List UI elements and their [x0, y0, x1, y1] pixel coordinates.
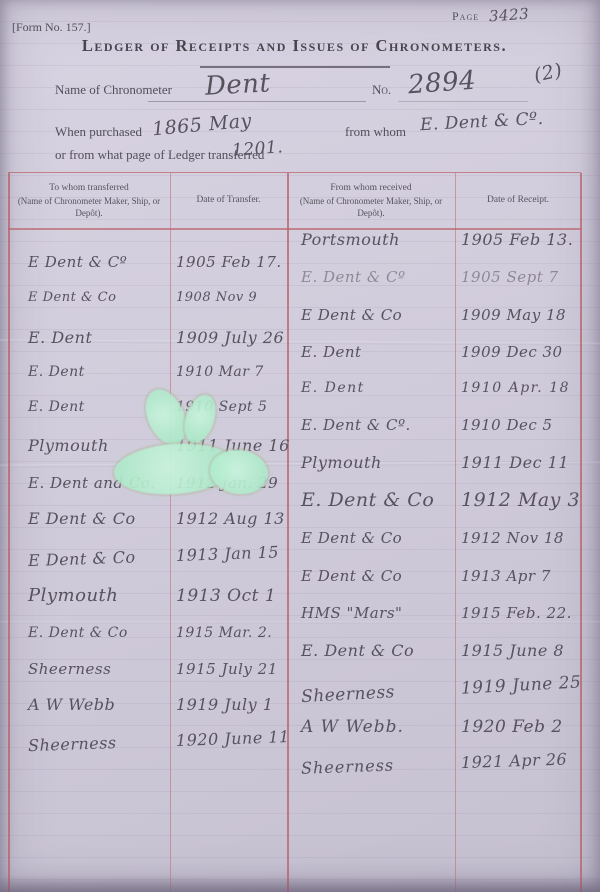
receipt-date: 1920 Feb 2 [455, 717, 587, 737]
receipt-date: 1912 May 3 [455, 489, 587, 511]
table-row: E. Dent1909 Dec 30 [287, 343, 587, 361]
table-row: E. Dent & Cº1905 Sept 7 [287, 268, 587, 286]
field-underline [148, 101, 366, 102]
transfer-date: 1905 Feb 17. [170, 253, 287, 271]
from-whom-value: E. Dent & Cº. [420, 109, 544, 135]
transfer-date: 1919 July 1 [170, 695, 287, 714]
table-row: E. Dent & Co1915 June 8 [287, 641, 587, 660]
header-title: From whom received [293, 182, 449, 195]
table-row: E Dent & Co1913 Apr 7 [287, 567, 587, 585]
when-purchased-label: When purchased [55, 124, 142, 140]
header-subtitle: (Name of Chronometer Maker, Ship, or Dep… [293, 195, 449, 219]
column-divider [170, 173, 171, 892]
when-purchased-value: 1865 May [151, 110, 252, 141]
received-from: Plymouth [287, 453, 455, 472]
form-number: [Form No. 157.] [12, 20, 91, 35]
transfer-date: 1912 Aug 13 [170, 509, 287, 528]
ink-stain [112, 386, 272, 502]
table-row: E Dent & Co1912 Nov 18 [287, 529, 587, 547]
page-number-value: 3423 [489, 5, 530, 26]
receipt-date: 1910 Apr. 18 [455, 380, 587, 396]
transferred-to: E Dent & Co [8, 509, 170, 528]
receipt-date: 1905 Feb 13. [455, 230, 587, 249]
column-divider [8, 173, 10, 892]
table-row: Plymouth1911 Dec 11 [287, 453, 587, 472]
received-from: Sheerness [287, 679, 456, 708]
received-from: Portsmouth [287, 230, 455, 249]
receipt-date: 1915 June 8 [455, 641, 587, 660]
table-row: E Dent & Cº1905 Feb 17. [8, 253, 287, 271]
receipt-date: 1910 Dec 5 [455, 416, 587, 434]
table-row: E. Dent1910 Apr. 18 [287, 380, 587, 396]
sheet-number: (2) [532, 59, 564, 86]
received-from: Sheerness [287, 753, 456, 778]
table-row: Portsmouth1905 Feb 13. [287, 230, 587, 249]
page-title: Ledger of Receipts and Issues of Chronom… [8, 36, 581, 56]
table-header: To whom transferred (Name of Chronometer… [8, 173, 581, 228]
transfer-date: 1915 Mar. 2. [170, 625, 287, 641]
header-to-whom-transferred: To whom transferred (Name of Chronometer… [8, 173, 170, 228]
field-underline [398, 101, 528, 102]
received-from: HMS "Mars" [287, 604, 455, 622]
transfer-date: 1913 Oct 1 [170, 586, 287, 606]
receipt-date: 1909 Dec 30 [455, 343, 587, 361]
table-row: E. Dent1910 Mar 7 [8, 364, 287, 380]
table-row: E Dent & Co1908 Nov 9 [8, 290, 287, 305]
transfer-date: 1908 Nov 9 [170, 290, 287, 305]
transferred-to: E. Dent & Co [8, 625, 170, 641]
transferred-to: E Dent & Co [8, 290, 170, 305]
transfer-date: 1910 Mar 7 [170, 364, 287, 380]
transfer-date: 1915 July 21 [170, 660, 287, 678]
header-title: Date of Transfer. [176, 194, 281, 207]
transferred-to: E. Dent [8, 328, 170, 347]
table-row: E Dent & Co1909 May 18 [287, 306, 587, 324]
header-title: To whom transferred [14, 182, 164, 195]
page-label: Page [452, 9, 479, 23]
header-date-of-transfer: Date of Transfer. [170, 173, 287, 228]
table-row: Plymouth1913 Oct 1 [8, 585, 287, 606]
receipt-date: 1909 May 18 [455, 306, 587, 324]
ledger-transferred-value: 1201. [231, 137, 283, 161]
transferred-to: E Dent & Co [8, 546, 171, 571]
received-from: E. Dent & Co [287, 489, 455, 511]
receipt-date: 1915 Feb. 22. [455, 604, 587, 622]
header-title: Date of Receipt. [461, 194, 575, 207]
transferred-to: Sheerness [8, 660, 170, 678]
received-from: E. Dent & Cº [287, 268, 455, 286]
receipt-date: 1912 Nov 18 [455, 529, 587, 547]
header-date-of-receipt: Date of Receipt. [455, 173, 581, 228]
table-row: E. Dent & Co1915 Mar. 2. [8, 625, 287, 641]
table-row: Sheerness1919 June 25 [287, 672, 588, 708]
number-label: No. [372, 82, 391, 98]
receipt-date: 1921 Apr 26 [455, 749, 588, 773]
transferred-to: Plymouth [8, 585, 170, 606]
transferred-to: E Dent & Cº [8, 253, 170, 271]
table-row: E Dent & Co1913 Jan 15 [8, 542, 287, 571]
from-whom-label: from whom [345, 124, 406, 140]
table-row: Sheerness1915 July 21 [8, 660, 287, 678]
chronometer-ledger-table: To whom transferred (Name of Chronometer… [8, 172, 581, 892]
header-from-whom-received: From whom received (Name of Chronometer … [287, 173, 455, 228]
receipt-date: 1911 Dec 11 [455, 453, 587, 472]
ledger-page: [Form No. 157.] Page 3423 Ledger of Rece… [0, 0, 600, 892]
number-value: 2894 [407, 66, 477, 101]
table-row: Sheerness1921 Apr 26 [287, 749, 587, 778]
table-row: E. Dent & Cº.1910 Dec 5 [287, 416, 587, 434]
received-from: A W Webb. [287, 717, 455, 737]
page-number-field: Page 3423 [452, 6, 529, 24]
received-from: E. Dent [287, 380, 455, 396]
table-row: E. Dent & Co1912 May 3 [287, 489, 587, 511]
received-from: E Dent & Co [287, 529, 455, 547]
name-of-chronometer-label: Name of Chronometer [55, 82, 172, 98]
table-row: E. Dent1909 July 26 [8, 328, 287, 347]
table-row: A W Webb1919 July 1 [8, 695, 287, 714]
received-from: E Dent & Co [287, 567, 455, 585]
received-from: E. Dent & Cº. [287, 416, 455, 434]
stain-blob [179, 391, 221, 447]
received-from: E. Dent [287, 343, 455, 361]
receipt-date: 1919 June 25 [454, 672, 587, 699]
header-subtitle: (Name of Chronometer Maker, Ship, or Dep… [14, 195, 164, 219]
transfer-date: 1909 July 26 [170, 328, 287, 347]
transferred-to: A W Webb [8, 695, 170, 714]
table-row: Sheerness1920 June 11 [8, 727, 287, 756]
title-rule [200, 66, 390, 68]
transfer-date: 1920 June 11 [170, 727, 288, 750]
table-row: HMS "Mars"1915 Feb. 22. [287, 604, 587, 622]
receipt-date: 1905 Sept 7 [455, 268, 587, 286]
table-row: A W Webb.1920 Feb 2 [287, 717, 587, 737]
received-from: E Dent & Co [287, 306, 455, 324]
receipt-date: 1913 Apr 7 [455, 567, 587, 585]
transferred-to: E. Dent [8, 364, 170, 380]
received-from: E. Dent & Co [287, 641, 455, 660]
transfer-date: 1913 Jan 15 [170, 542, 288, 565]
transferred-to: Sheerness [8, 731, 171, 756]
name-of-chronometer-value: Dent [204, 68, 271, 101]
table-row: E Dent & Co1912 Aug 13 [8, 509, 287, 528]
